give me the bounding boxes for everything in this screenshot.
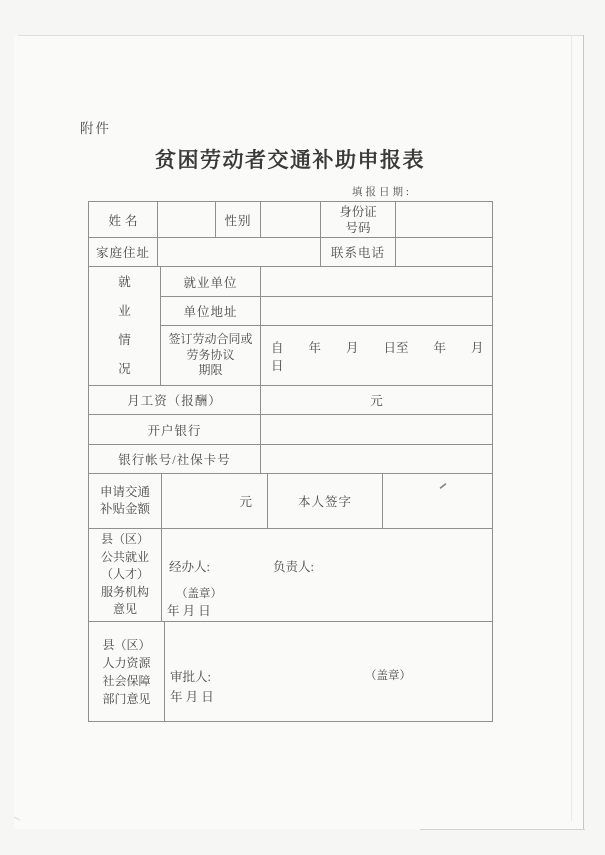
- subsidy-section: 申请交通 补贴金额 元 本人签字: [88, 473, 493, 529]
- employer-address-label-cell: 单位地址: [161, 297, 261, 326]
- approver-label: 审批人:: [170, 667, 211, 685]
- bank-value-cell: [261, 415, 493, 445]
- scan-edge-bottom: [420, 829, 585, 830]
- department-opinion-label-cell: 县（区） 人力资源 社会保障 部门意见: [89, 622, 165, 722]
- employment-section: 就 业 情 况 就业单位 单位地址 签订劳动合同或 劳务协议 期限 自 年 月: [88, 266, 493, 386]
- employment-section-char: 业: [89, 297, 160, 326]
- agency-opinion-label-line: 意见: [89, 601, 161, 619]
- agency-opinion-content-cell: 经办人: 负责人: （盖章） 年 月 日: [162, 529, 493, 622]
- gender-value-cell: [261, 202, 321, 238]
- name-value-cell: [158, 202, 216, 238]
- account-value-cell: [261, 445, 493, 474]
- scanned-form-page: 附件 贫困劳动者交通补助申报表 填报日期: 姓名 性别 身份证 号码 家庭住址 …: [0, 0, 605, 855]
- employer-value-cell: [261, 267, 493, 297]
- subsidy-amount-value-cell: 元: [162, 474, 268, 529]
- home-address-value-cell: [158, 238, 321, 267]
- department-seal-label: （盖章）: [365, 667, 411, 683]
- table-row: 家庭住址 联系电话: [89, 238, 493, 267]
- employer-label-cell: 就业单位: [161, 267, 261, 297]
- manager-label: 负责人:: [273, 557, 314, 575]
- department-opinion-label-line: 社会保障: [89, 672, 164, 690]
- department-opinion-label-line: 部门意见: [89, 690, 164, 708]
- id-number-label-line2: 号码: [321, 220, 395, 236]
- agency-seal-label: （盖章）: [176, 585, 222, 601]
- monthly-wage-value-cell: 元: [261, 386, 493, 415]
- table-row: 开户银行: [89, 415, 493, 445]
- agency-opinion-label-line: 县（区）: [89, 531, 161, 549]
- agency-opinion-section: 县（区） 公共就业 （人才） 服务机构 意见 经办人: 负责人: （盖章） 年 …: [88, 528, 493, 622]
- table-row: 县（区） 公共就业 （人才） 服务机构 意见 经办人: 负责人: （盖章） 年 …: [89, 529, 493, 622]
- agency-opinion-label-line: （人才）: [89, 566, 161, 584]
- employment-section-char: 情: [89, 326, 160, 355]
- scan-edge-right-inner: [571, 35, 572, 821]
- scan-edge-top: [18, 35, 583, 36]
- account-label-cell: 银行帐号/社保卡号: [89, 445, 261, 474]
- wage-bank-section: 月工资（报酬） 元 开户银行 银行帐号/社保卡号: [88, 385, 493, 474]
- employment-section-label-cell: 就 业 情 况: [89, 267, 161, 386]
- phone-label-cell: 联系电话: [321, 238, 396, 267]
- subsidy-amount-label-line1: 申请交通: [89, 484, 161, 501]
- attachment-label: 附件: [80, 117, 111, 137]
- fill-date-label: 填报日期:: [352, 184, 412, 199]
- department-opinion-section: 县（区） 人力资源 社会保障 部门意见 审批人: （盖章） 年 月 日: [88, 621, 493, 722]
- table-row: 县（区） 人力资源 社会保障 部门意见 审批人: （盖章） 年 月 日: [89, 622, 493, 722]
- agency-date-label: 年 月 日: [167, 601, 211, 619]
- signature-label-cell: 本人签字: [268, 474, 383, 529]
- home-address-label-cell: 家庭住址: [89, 238, 158, 267]
- scan-edge-right-outer: [583, 35, 584, 829]
- pen-mark: [439, 483, 447, 490]
- employment-section-char: 况: [89, 355, 160, 384]
- agency-opinion-label-cell: 县（区） 公共就业 （人才） 服务机构 意见: [89, 529, 162, 622]
- subsidy-amount-label-cell: 申请交通 补贴金额: [89, 474, 162, 529]
- gender-label-cell: 性别: [216, 202, 261, 238]
- id-number-label-cell: 身份证 号码: [321, 202, 396, 238]
- subsidy-amount-label-line2: 补贴金额: [89, 501, 161, 518]
- contract-term-label-line1: 签订劳动合同或: [161, 332, 260, 348]
- signature-value-cell: [383, 474, 493, 529]
- monthly-wage-label-cell: 月工资（报酬）: [89, 386, 261, 415]
- table-row: 银行帐号/社保卡号: [89, 445, 493, 474]
- handler-label: 经办人:: [169, 557, 210, 575]
- form-title: 贫困劳动者交通补助申报表: [88, 144, 492, 174]
- bank-label-cell: 开户银行: [89, 415, 261, 445]
- id-number-label-line1: 身份证: [321, 204, 395, 220]
- contract-term-label-cell: 签订劳动合同或 劳务协议 期限: [161, 326, 261, 386]
- phone-value-cell: [396, 238, 493, 267]
- name-label-cell: 姓名: [89, 202, 158, 238]
- agency-opinion-label-line: 服务机构: [89, 584, 161, 602]
- employment-section-char: 就: [89, 268, 160, 297]
- table-row: 月工资（报酬） 元: [89, 386, 493, 415]
- table-row: 姓名 性别 身份证 号码: [89, 202, 493, 238]
- contract-term-label-line3: 期限: [161, 363, 260, 379]
- department-opinion-label-line: 县（区）: [89, 636, 164, 654]
- agency-opinion-label-line: 公共就业: [89, 549, 161, 567]
- department-opinion-label-line: 人力资源: [89, 654, 164, 672]
- department-opinion-content-cell: 审批人: （盖章） 年 月 日: [165, 622, 493, 722]
- basic-info-section: 姓名 性别 身份证 号码 家庭住址 联系电话: [88, 201, 493, 267]
- table-row: 就 业 情 况 就业单位: [89, 267, 493, 297]
- contract-term-value-cell: 自 年 月 日至 年 月 日: [261, 326, 493, 386]
- department-date-label: 年 月 日: [170, 687, 214, 705]
- contract-term-label-line2: 劳务协议: [161, 348, 260, 364]
- table-row: 申请交通 补贴金额 元 本人签字: [89, 474, 493, 529]
- employer-address-value-cell: [261, 297, 493, 326]
- id-number-value-cell: [396, 202, 493, 238]
- form-table: 姓名 性别 身份证 号码 家庭住址 联系电话: [88, 201, 492, 722]
